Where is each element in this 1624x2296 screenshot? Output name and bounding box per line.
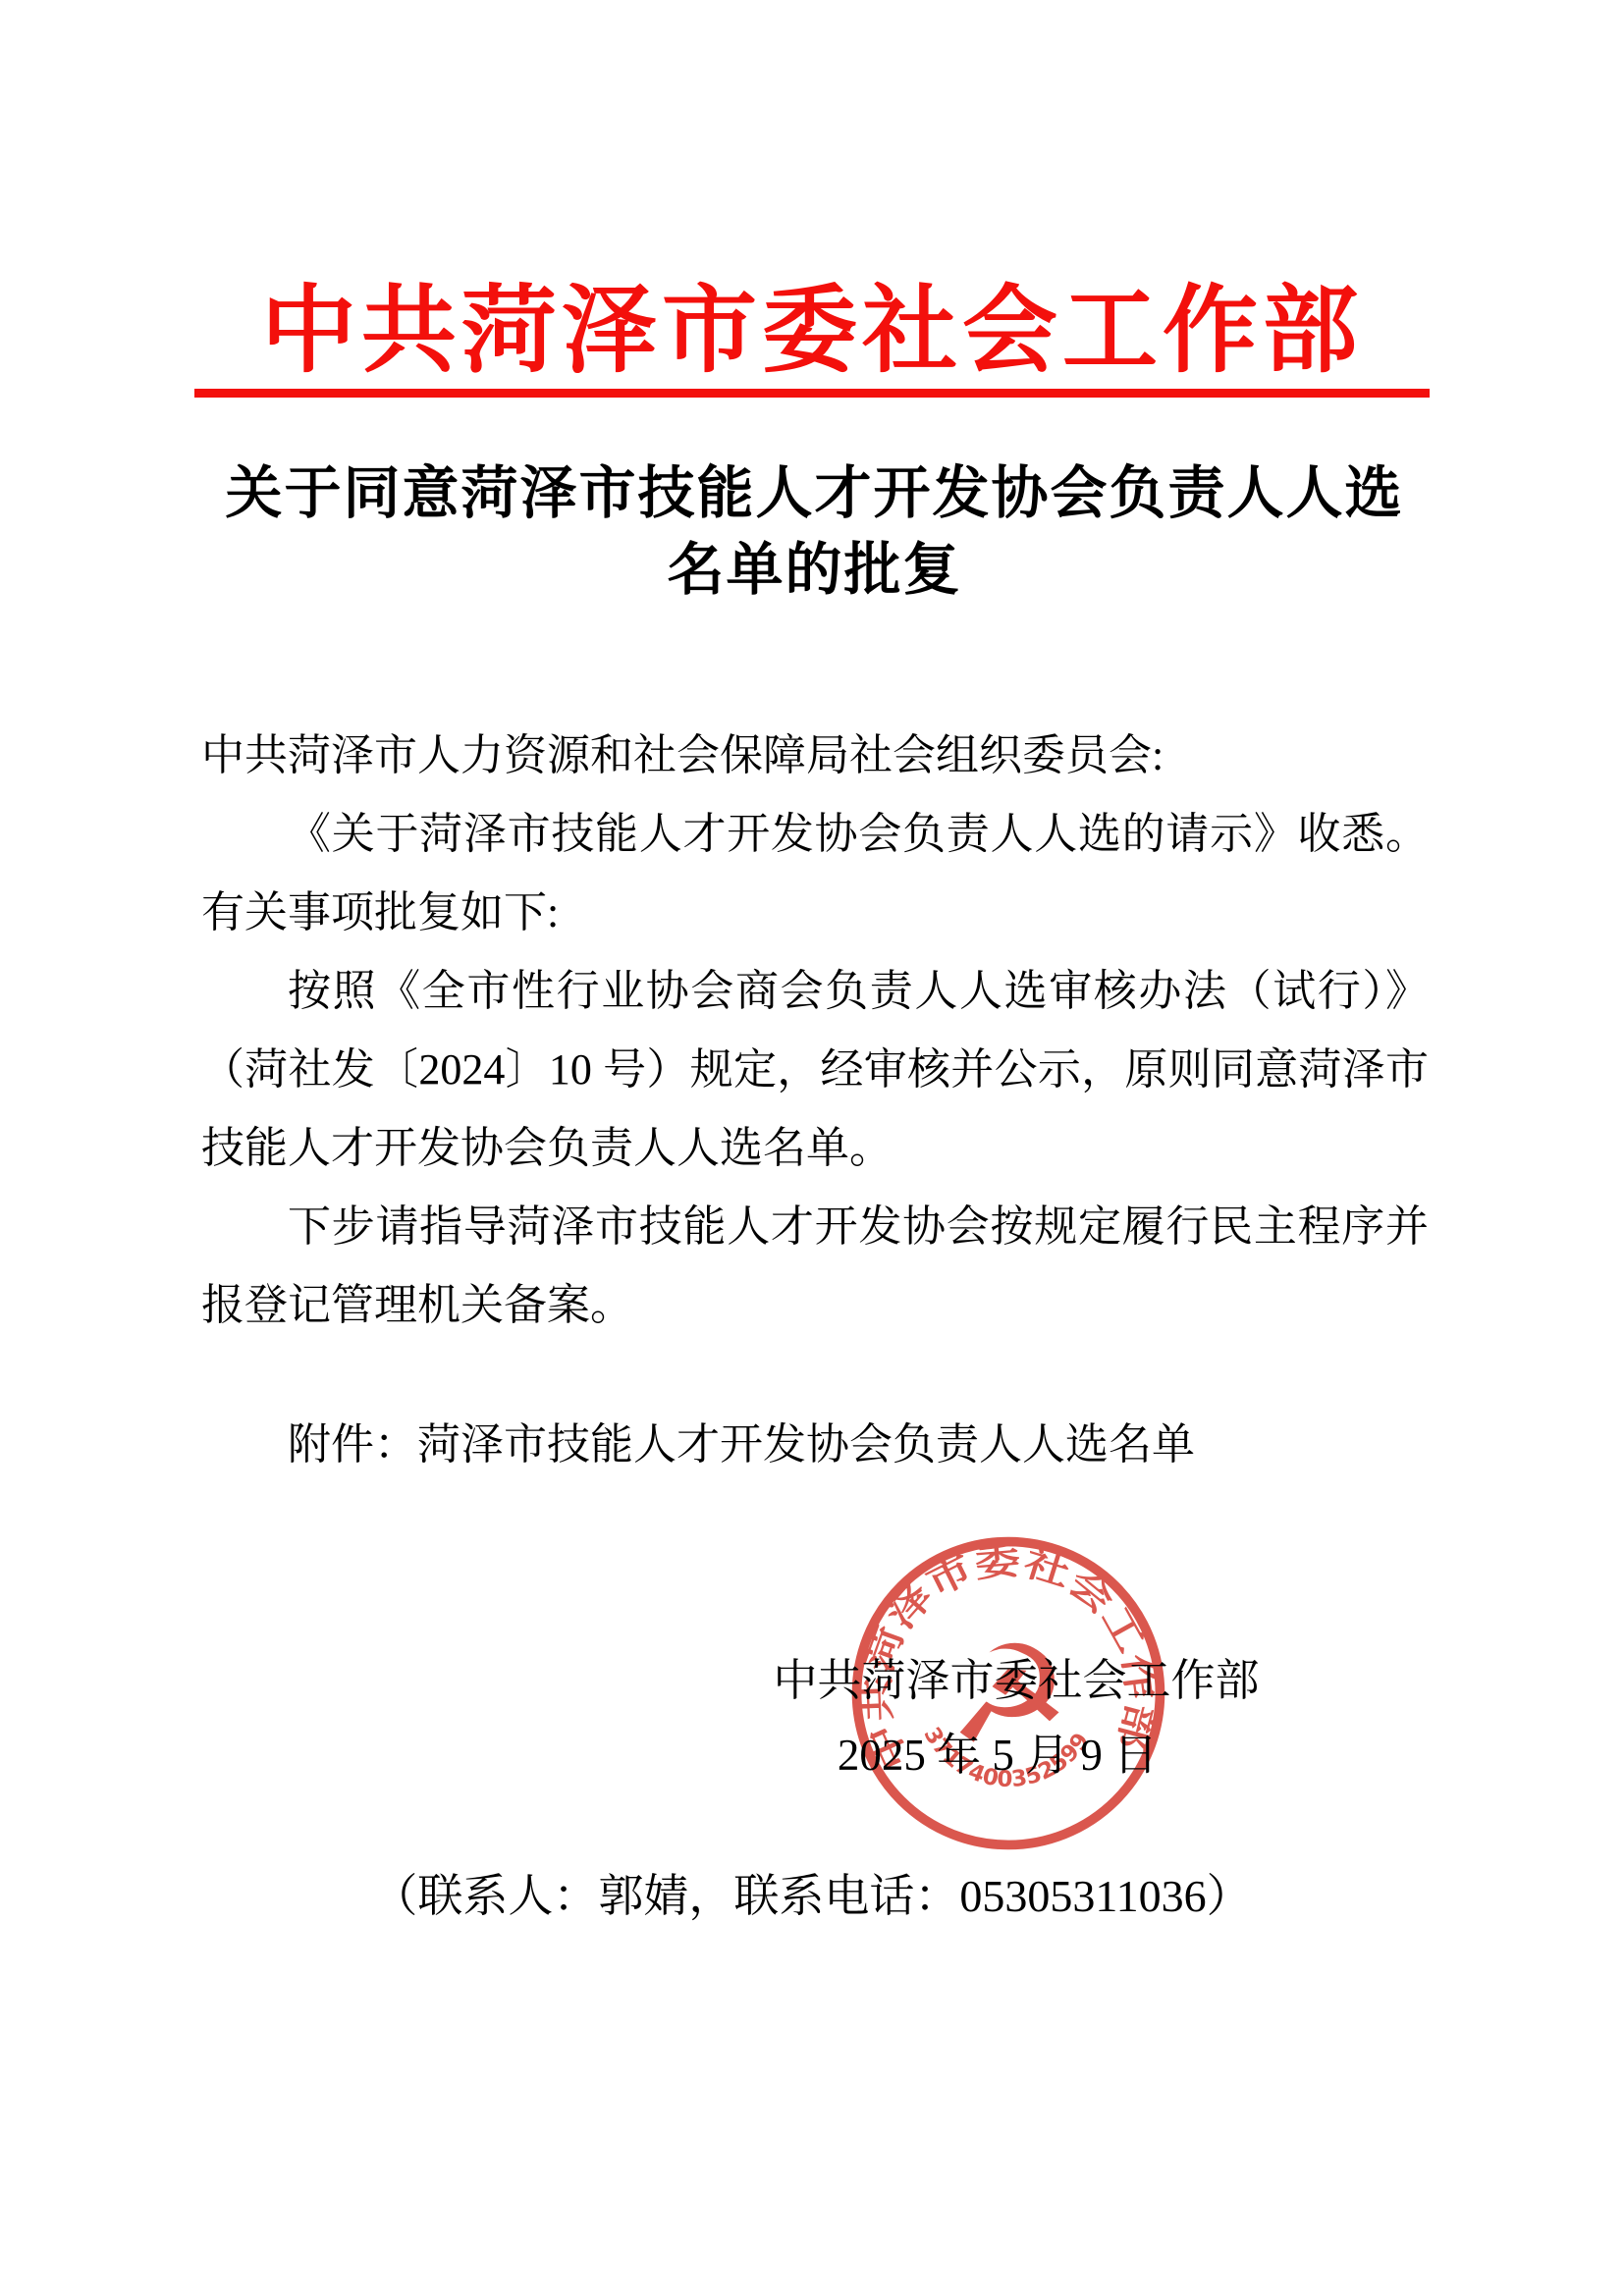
contact-info-line: （联系人：郭婧，联系电话：05305311036） [0,1857,1624,1936]
attachment-line: 附件：菏泽市技能人才开发协会负责人人选名单 [201,1406,1429,1484]
body-paragraph: 《关于菏泽市技能人才开发协会负责人人选的请示》收悉。有关事项批复如下: [201,795,1429,952]
hammer-sickle-emblem-icon: ☭ [948,1617,1070,1775]
document-title: 关于同意菏泽市技能人才开发协会负责人人选名单的批复 [223,455,1406,609]
body-paragraph: 按照《全市性行业协会商会负责人人选审核办法（试行）》（菏社发〔2024〕10 号… [201,952,1429,1188]
salutation-line: 中共菏泽市人力资源和社会保障局社会组织委员会: [201,717,1429,795]
letterhead-issuer-title: 中共菏泽市委社会工作部 [0,278,1624,386]
official-red-seal: 中共菏泽市委社会工作部 ☭ 3717400352599 [849,1534,1167,1852]
body-paragraph: 下步请指导菏泽市技能人才开发协会按规定履行民主程序并报登记管理机关备案。 [201,1188,1429,1345]
document-page: 中共菏泽市委社会工作部 关于同意菏泽市技能人才开发协会负责人人选名单的批复 中共… [0,0,1624,2296]
letterhead-divider-rule [194,389,1430,398]
document-body: 中共菏泽市人力资源和社会保障局社会组织委员会: 《关于菏泽市技能人才开发协会负责… [201,717,1429,1345]
